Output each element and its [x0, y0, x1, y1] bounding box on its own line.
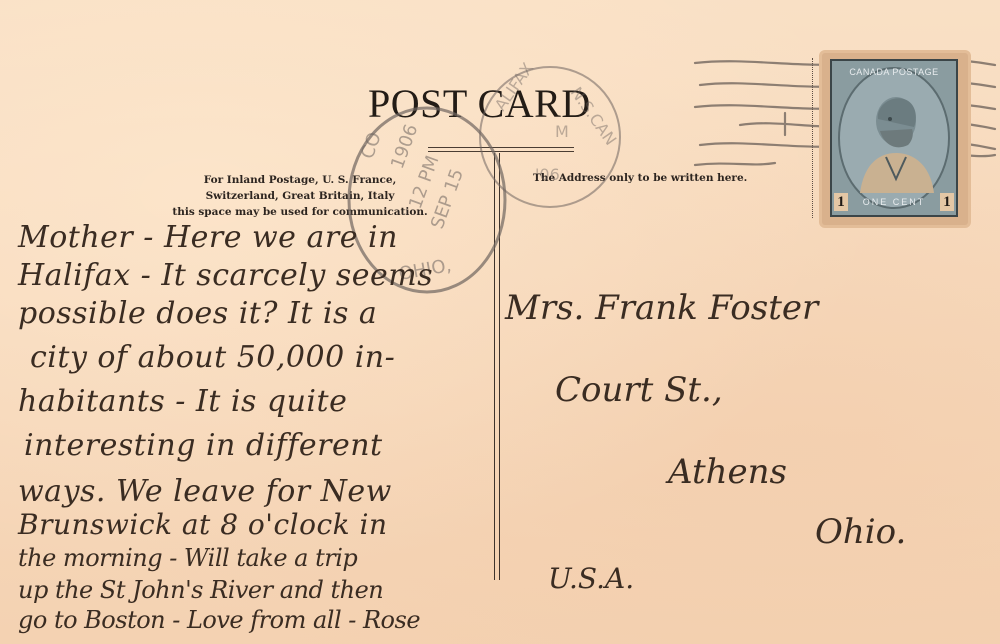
- stamp-value-left: 1: [834, 193, 848, 211]
- message-line: interesting in different: [24, 428, 383, 463]
- stamp-denomination-text: ONE CENT: [832, 197, 956, 207]
- postage-stamp: CANADA POSTAGE ONE CENT 1 1: [822, 53, 968, 225]
- svg-text:CO: CO: [357, 129, 386, 161]
- message-line: the morning - Will take a trip: [18, 544, 357, 572]
- king-portrait-icon: [850, 83, 940, 193]
- stamp-country-text: CANADA POSTAGE: [832, 67, 956, 77]
- svg-text:M: M: [555, 122, 569, 141]
- message-line: ways. We leave for New: [18, 474, 392, 509]
- message-line: up the St John's River and then: [18, 576, 383, 604]
- address-name: Mrs. Frank Foster: [505, 288, 818, 328]
- stamp-frame: CANADA POSTAGE ONE CENT 1 1: [830, 59, 958, 217]
- address-country: U.S.A.: [548, 562, 634, 595]
- message-line: go to Boston - Love from all - Rose: [18, 606, 420, 634]
- address-city: Athens: [668, 452, 787, 492]
- message-line: city of about 50,000 in-: [30, 340, 395, 375]
- message-line: possible does it? It is a: [18, 296, 377, 331]
- svg-text:N.S.CAN: N.S.CAN: [567, 83, 621, 148]
- message-line: Halifax - It scarcely seems: [18, 258, 433, 293]
- svg-text:'06: '06: [535, 165, 560, 184]
- message-line: Brunswick at 8 o'clock in: [18, 508, 388, 541]
- message-line: Mother - Here we are in: [18, 220, 398, 255]
- postmark-halifax: ALIFAX N.S.CAN M '06: [475, 62, 625, 212]
- svg-text:ALIFAX: ALIFAX: [491, 62, 538, 114]
- svg-text:1906: 1906: [387, 121, 422, 171]
- stamp-value-right: 1: [940, 193, 954, 211]
- address-street: Court St.,: [555, 370, 723, 410]
- address-state: Ohio.: [815, 512, 906, 552]
- message-line: habitants - It is quite: [18, 384, 347, 419]
- postcard-back: POST CARD For Inland Postage, U. S. Fran…: [0, 0, 1000, 644]
- stamp-placement-guide: [812, 58, 813, 218]
